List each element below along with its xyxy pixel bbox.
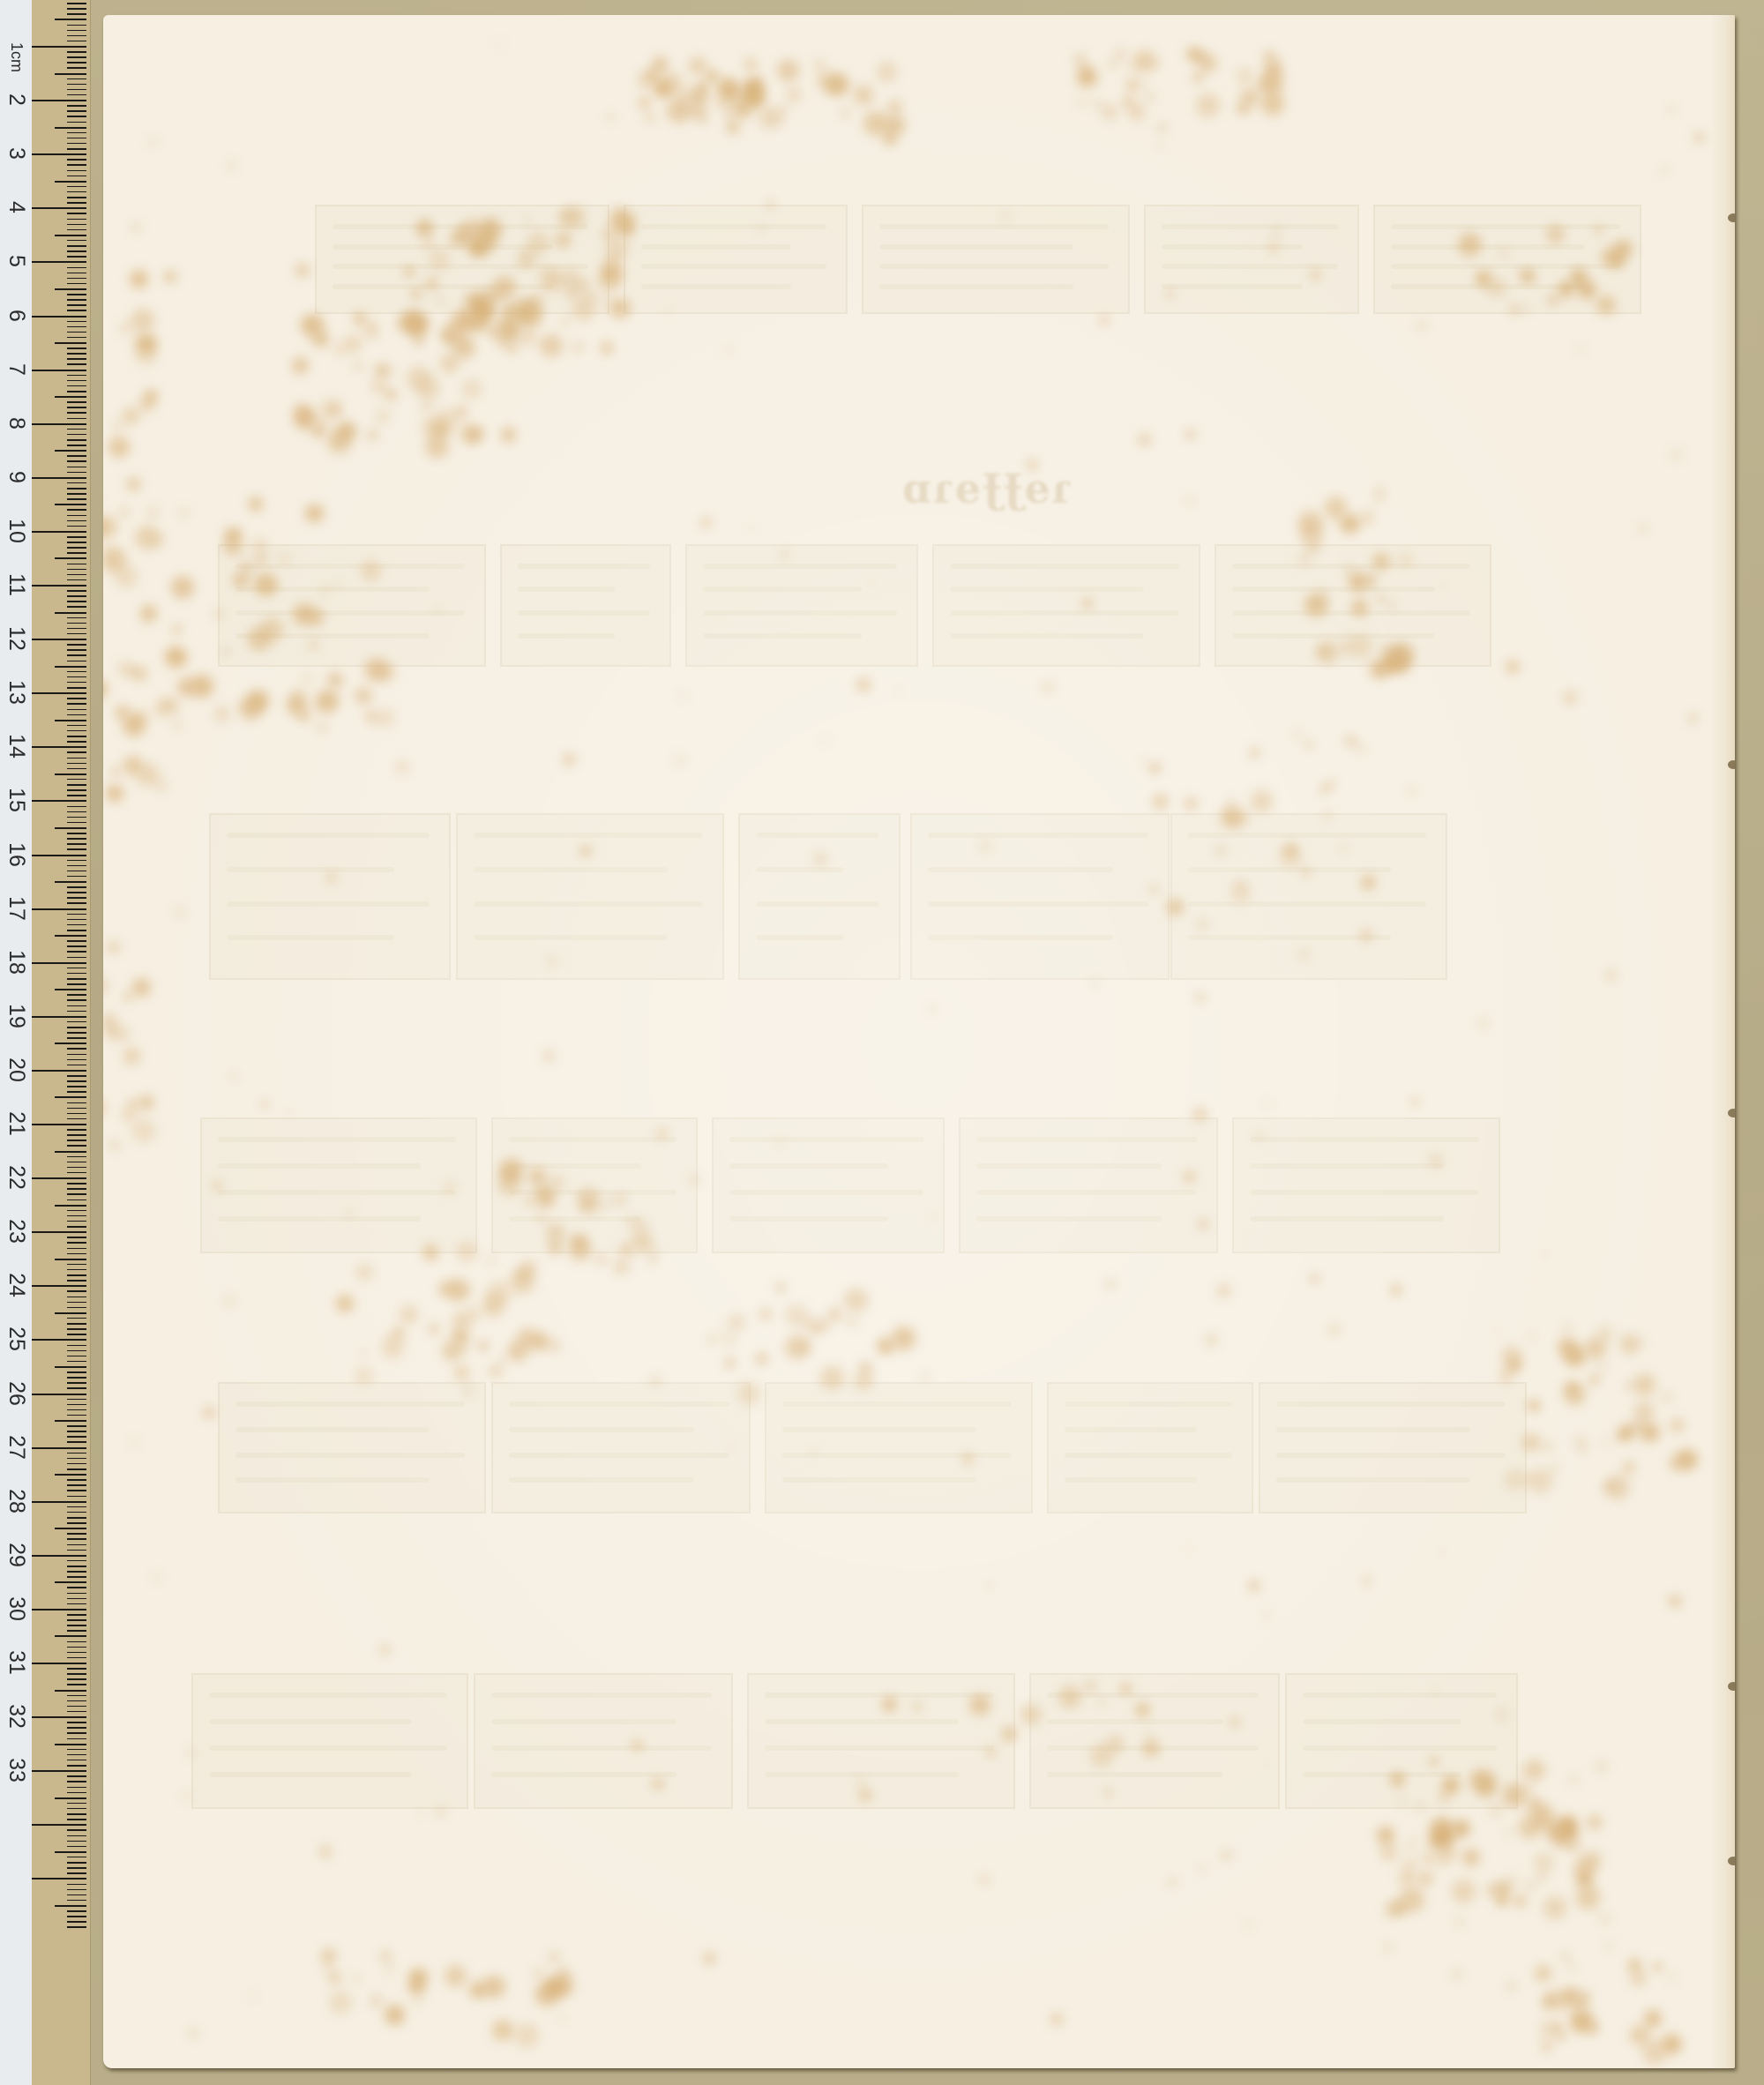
ruler-tick	[67, 1328, 86, 1330]
ruler-tick	[32, 316, 86, 318]
ruler-tick	[67, 676, 86, 678]
ruler-tick	[67, 1792, 86, 1794]
bleed-through-text-line	[976, 1190, 1197, 1195]
ruler-tick	[67, 1889, 86, 1891]
ruler-cm-label: 9	[4, 462, 30, 492]
ruler-tick	[67, 278, 86, 280]
bleed-through-text-line	[235, 1427, 430, 1432]
foxing-spot	[1193, 72, 1203, 82]
foxing-spot	[601, 261, 623, 283]
foxing-spot	[1398, 553, 1413, 568]
ruler-tick	[67, 445, 86, 446]
foxing-spot	[608, 1198, 616, 1206]
edge-tear	[1728, 760, 1735, 769]
foxing-spot	[120, 507, 129, 516]
foxing-spot	[132, 1119, 156, 1143]
foxing-spot	[356, 1264, 373, 1281]
foxing-spot	[1541, 2041, 1552, 2052]
foxing-spot	[815, 60, 824, 69]
foxing-spot	[1050, 2014, 1063, 2026]
ruler-tick	[67, 1484, 86, 1486]
foxing-spot	[537, 1214, 545, 1222]
foxing-spot	[1543, 1252, 1546, 1256]
ruler-tick	[67, 644, 86, 646]
ruler-tick	[55, 1851, 86, 1853]
foxing-spot	[697, 82, 707, 93]
foxing-spot	[716, 99, 725, 108]
ruler-tick	[67, 843, 86, 845]
ruler-tick	[67, 564, 86, 565]
foxing-spot	[725, 1358, 735, 1368]
ruler-tick	[67, 488, 86, 489]
ruler-tick	[67, 3, 86, 4]
foxing-spot	[1259, 71, 1283, 95]
foxing-spot	[127, 478, 140, 491]
foxing-spot	[1106, 1280, 1115, 1289]
foxing-spot	[132, 978, 151, 997]
foxing-spot	[1596, 1326, 1613, 1342]
foxing-spot	[779, 106, 788, 115]
ruler-tick	[32, 855, 86, 856]
ruler-tick	[67, 1711, 86, 1713]
foxing-spot	[1569, 1964, 1574, 1969]
ruler-tick	[67, 1571, 86, 1573]
foxing-spot	[553, 1976, 574, 1997]
foxing-spot	[1236, 880, 1245, 890]
edge-tear	[1728, 213, 1735, 222]
ruler-tick	[67, 1760, 86, 1761]
foxing-spot	[1251, 790, 1273, 812]
ruler-tick	[55, 666, 86, 668]
foxing-spot	[787, 87, 801, 101]
foxing-spot	[562, 318, 568, 325]
foxing-spot	[527, 232, 549, 255]
ruler-tick	[67, 617, 86, 619]
ruler-tick	[67, 795, 86, 796]
bleed-through-text-line	[218, 1216, 421, 1222]
foxing-spot	[1630, 2025, 1650, 2045]
foxing-spot	[1222, 1850, 1231, 1860]
bleed-through-text-line	[950, 564, 1179, 569]
foxing-spot	[149, 138, 156, 146]
foxing-spot	[1531, 1805, 1555, 1828]
ruler-tick	[67, 250, 86, 252]
ruler-tick	[67, 467, 86, 468]
foxing-spot	[1195, 992, 1205, 1002]
foxing-spot	[517, 1272, 523, 1278]
ruler-tick	[32, 207, 86, 209]
ruler-tick	[67, 1021, 86, 1023]
ruler-tick	[32, 1285, 86, 1287]
foxing-spot	[1671, 1418, 1685, 1432]
foxing-spot	[239, 697, 262, 720]
foxing-spot	[750, 527, 753, 530]
ruler-tick	[67, 1550, 86, 1551]
foxing-spot	[737, 1382, 760, 1405]
ruler-tick	[67, 1517, 86, 1519]
ruler-tick	[67, 229, 86, 231]
foxing-spot	[109, 1140, 120, 1151]
ruler-tick	[55, 1205, 86, 1207]
foxing-spot	[777, 1140, 782, 1145]
foxing-spot	[728, 1314, 745, 1332]
foxing-spot	[421, 400, 433, 413]
foxing-spot	[1524, 1785, 1530, 1791]
foxing-spot	[1245, 1922, 1251, 1927]
bleed-through-text-line	[879, 244, 1073, 250]
foxing-spot	[440, 354, 460, 373]
bleed-through-text-line	[333, 244, 553, 250]
ruler-tick	[67, 1652, 86, 1654]
foxing-spot	[1427, 1836, 1439, 1849]
ruler-tick	[67, 1005, 86, 1007]
ruler-tick	[67, 623, 86, 624]
foxing-spot	[1323, 811, 1330, 818]
foxing-spot	[1558, 2033, 1565, 2040]
bleed-through-text-line	[1047, 1772, 1223, 1777]
ruler-tick	[67, 1054, 86, 1056]
ruler-tick	[67, 1813, 86, 1815]
foxing-spot	[1360, 511, 1374, 525]
bleed-through-text-line	[1065, 1427, 1197, 1432]
ruler-tick	[67, 730, 86, 732]
ruler-tick	[67, 1134, 86, 1136]
ruler-tick	[67, 838, 86, 840]
ruler-tick	[67, 536, 86, 538]
ruler-tick	[67, 332, 86, 333]
foxing-spot	[188, 2028, 198, 2038]
foxing-spot	[756, 1353, 767, 1364]
bleed-through-text-line	[879, 264, 1109, 269]
foxing-spot	[1429, 1757, 1438, 1766]
foxing-spot	[426, 278, 437, 289]
foxing-spot	[1596, 1761, 1606, 1772]
ruler-tick	[67, 148, 86, 150]
ruler-tick	[55, 1905, 86, 1907]
ruler-tick	[67, 1345, 86, 1347]
bleed-through-text-line	[1188, 833, 1426, 838]
foxing-spot	[842, 109, 849, 116]
ruler-tick	[67, 860, 86, 862]
foxing-spot	[1297, 948, 1310, 960]
ruler-tick	[67, 897, 86, 899]
foxing-spot	[1237, 103, 1249, 115]
bleed-through-text-line	[729, 1163, 888, 1169]
foxing-spot	[1439, 1550, 1444, 1554]
foxing-spot	[329, 1991, 352, 2014]
foxing-spot	[1524, 1760, 1545, 1781]
ruler-tick	[67, 299, 86, 301]
foxing-spot	[1058, 1685, 1081, 1708]
foxing-spot	[571, 1234, 587, 1251]
foxing-spot	[1153, 794, 1169, 810]
ruler-tick	[67, 833, 86, 834]
foxing-spot	[1391, 1284, 1402, 1296]
bleed-through-text-line	[641, 224, 826, 229]
ruler-tick	[67, 1118, 86, 1120]
ruler-tick	[67, 526, 86, 527]
foxing-spot	[1494, 1328, 1499, 1334]
ruler-tick	[67, 1490, 86, 1491]
ruler-tick	[67, 176, 86, 177]
foxing-spot	[897, 121, 905, 129]
bleed-through-text-line	[1250, 1190, 1479, 1195]
foxing-spot	[572, 298, 595, 321]
ruler-cm-label: 20	[4, 1055, 30, 1085]
foxing-spot	[969, 1694, 990, 1715]
ruler-tick	[67, 273, 86, 274]
foxing-spot	[1157, 145, 1162, 149]
ruler-cm-label: 33	[4, 1755, 30, 1785]
ruler-tick	[67, 758, 86, 759]
foxing-spot	[729, 1445, 734, 1449]
foxing-spot	[572, 341, 584, 353]
foxing-spot	[120, 322, 131, 333]
ruler-tick	[67, 164, 86, 166]
bleed-through-text-line	[729, 1216, 888, 1222]
foxing-spot	[1508, 1876, 1515, 1883]
ruler-tick	[67, 940, 86, 942]
foxing-spot	[1543, 1896, 1566, 1919]
foxing-spot	[1206, 1334, 1217, 1346]
foxing-spot	[250, 1993, 255, 1999]
bleed-through-cell	[685, 544, 918, 667]
foxing-spot	[1576, 1436, 1583, 1443]
ruler-tick	[32, 261, 86, 263]
ruler-tick	[67, 1215, 86, 1217]
foxing-spot	[1416, 1803, 1424, 1812]
foxing-spot	[1633, 1374, 1656, 1396]
foxing-spot	[1479, 1020, 1487, 1028]
ruler-tick	[67, 1846, 86, 1848]
foxing-spot	[1380, 1843, 1398, 1861]
bleed-through-text-line	[1276, 1453, 1506, 1458]
ruler-tick	[67, 1086, 86, 1087]
ruler-tick	[55, 827, 86, 829]
foxing-spot	[546, 1223, 565, 1243]
ruler-tick	[55, 1151, 86, 1153]
bleed-through-text-line	[641, 284, 791, 289]
ruler-tick	[67, 122, 86, 123]
ruler-tick	[67, 865, 86, 867]
ruler-tick	[55, 1259, 86, 1260]
ruler-tick	[67, 219, 86, 220]
foxing-spot	[609, 298, 630, 318]
foxing-spot	[1596, 295, 1616, 315]
foxing-spot	[123, 756, 143, 775]
bleed-through-text-line	[782, 1477, 976, 1483]
bleed-through-text-line	[227, 867, 394, 872]
bleed-through-text-line	[1162, 284, 1303, 289]
ruler-tick	[67, 1274, 86, 1276]
ruler-tick	[67, 1011, 86, 1013]
ruler-tick	[67, 1377, 86, 1379]
foxing-spot	[1092, 981, 1097, 986]
ruler-tick	[67, 892, 86, 893]
ruler-tick	[32, 1716, 86, 1718]
ruler-tick	[32, 100, 86, 101]
foxing-spot	[385, 1965, 394, 1974]
bleed-through-text-line	[509, 1216, 641, 1222]
ruler-tick	[67, 401, 86, 403]
ruler-tick	[67, 1835, 86, 1837]
ruler-tick	[67, 326, 86, 328]
foxing-spot	[487, 1282, 511, 1305]
bleed-through-heading: ɿɘɈɈɘɿɒ	[901, 465, 1072, 512]
bleed-through-text-line	[1276, 1401, 1506, 1407]
foxing-spot	[1351, 600, 1368, 617]
ruler-tick	[67, 380, 86, 382]
foxing-spot	[1347, 736, 1359, 749]
ruler-tick	[67, 930, 86, 931]
foxing-spot	[740, 83, 763, 106]
foxing-spot	[1669, 1596, 1680, 1607]
ruler-tick	[32, 1339, 86, 1341]
foxing-spot	[1185, 496, 1195, 506]
bleed-through-text-line	[333, 284, 553, 289]
foxing-spot	[404, 266, 415, 277]
ruler-tick	[67, 1884, 86, 1886]
ruler-tick	[67, 1587, 86, 1588]
ruler-tick	[32, 1555, 86, 1557]
foxing-spot	[1605, 969, 1617, 981]
bleed-through-text-line	[518, 610, 650, 616]
foxing-spot	[493, 276, 515, 298]
foxing-spot	[1509, 304, 1520, 315]
ruler-tick	[67, 8, 86, 10]
ruler-tick	[67, 703, 86, 705]
bleed-through-text-line	[509, 1477, 694, 1483]
ruler-cm-label: 12	[4, 624, 30, 654]
foxing-spot	[295, 264, 309, 277]
ruler-tick	[67, 1188, 86, 1190]
foxing-spot	[437, 1807, 445, 1815]
foxing-spot	[1002, 1726, 1018, 1742]
ruler-tick	[67, 569, 86, 571]
ruler-tick	[67, 498, 86, 500]
foxing-spot	[1127, 64, 1134, 71]
ruler-tick	[67, 886, 86, 888]
ruler-tick	[67, 1522, 86, 1524]
ruler-tick	[67, 978, 86, 980]
ruler-cm-label: 26	[4, 1379, 30, 1409]
foxing-spot	[962, 1453, 975, 1465]
ruler-tick	[67, 407, 86, 408]
foxing-spot	[508, 344, 518, 354]
ruler-tick	[67, 542, 86, 543]
foxing-spot	[307, 639, 319, 651]
ruler-tick	[67, 1129, 86, 1131]
bleed-through-text-line	[1303, 1693, 1497, 1698]
bleed-through-text-line	[782, 1401, 1012, 1407]
foxing-spot	[1319, 591, 1326, 598]
foxing-spot	[1521, 270, 1535, 283]
foxing-spot	[1407, 1842, 1414, 1850]
bleed-through-text-line	[879, 284, 1073, 289]
foxing-spot	[418, 1809, 422, 1813]
ruler-tick	[67, 957, 86, 959]
foxing-spot	[329, 1972, 341, 1984]
ruler-tick	[67, 1647, 86, 1648]
foxing-spot	[854, 86, 873, 105]
foxing-spot	[1140, 759, 1145, 764]
foxing-spot	[1126, 78, 1140, 92]
foxing-spot	[1536, 1277, 1540, 1282]
ruler-tick	[67, 1678, 86, 1680]
foxing-spot	[327, 672, 344, 689]
ruler-tick	[67, 1199, 86, 1201]
ruler-tick	[67, 1387, 86, 1389]
ruler-tick	[67, 1059, 86, 1061]
foxing-spot	[133, 667, 147, 681]
foxing-spot	[1669, 1456, 1684, 1471]
bleed-through-text-line	[1276, 1427, 1470, 1432]
bleed-through-text-line	[976, 1216, 1162, 1222]
ruler-tick	[67, 994, 86, 996]
ruler-tick	[55, 720, 86, 721]
foxing-spot	[103, 680, 107, 699]
ruler-tick	[67, 1145, 86, 1147]
ruler-tick	[67, 714, 86, 716]
ruler-tick	[67, 751, 86, 753]
ruler-tick	[32, 477, 86, 479]
foxing-spot	[1631, 1971, 1646, 1986]
bleed-through-text-line	[1391, 244, 1585, 250]
foxing-spot	[652, 1778, 664, 1790]
foxing-spot	[1385, 1944, 1392, 1951]
foxing-spot	[1564, 1324, 1571, 1331]
ruler-cm-label: 5	[4, 246, 30, 276]
ruler-tick	[67, 1506, 86, 1508]
foxing-spot	[224, 538, 242, 556]
foxing-spot	[337, 422, 355, 440]
foxing-spot	[360, 1349, 365, 1355]
foxing-spot	[445, 1965, 467, 1987]
foxing-spot	[632, 1231, 653, 1252]
foxing-spot	[844, 1289, 868, 1312]
foxing-spot	[1106, 1735, 1125, 1753]
ruler-tick	[67, 418, 86, 420]
ruler-tick	[67, 1290, 86, 1292]
bleed-through-cell	[500, 544, 671, 667]
foxing-spot	[223, 648, 229, 654]
ruler-tick	[67, 1075, 86, 1077]
foxing-spot	[336, 1295, 353, 1312]
foxing-spot	[1542, 1441, 1552, 1452]
ruler-tick	[67, 256, 86, 258]
foxing-spot	[1041, 680, 1055, 694]
bleed-through-text-line	[1303, 1772, 1461, 1777]
foxing-spot	[279, 553, 290, 564]
foxing-spot	[1623, 1461, 1635, 1474]
paper-leaf: ɿɘɈɈɘɿɒ	[103, 15, 1735, 2068]
ruler-tick	[67, 412, 86, 414]
foxing-spot	[1575, 1856, 1596, 1877]
ruler-tick	[55, 612, 86, 614]
ruler-tick	[67, 1808, 86, 1810]
foxing-spot	[461, 219, 483, 241]
ruler-tick	[67, 1453, 86, 1454]
ruler-tick	[67, 1803, 86, 1805]
foxing-spot	[385, 2005, 405, 2025]
foxing-spot	[596, 1254, 606, 1264]
foxing-spot	[488, 1257, 496, 1265]
foxing-spot	[1648, 1428, 1658, 1439]
ruler-tick	[67, 1350, 86, 1352]
ruler-tick	[67, 472, 86, 474]
foxing-spot	[800, 1342, 810, 1352]
bleed-through-text-line	[235, 610, 465, 616]
